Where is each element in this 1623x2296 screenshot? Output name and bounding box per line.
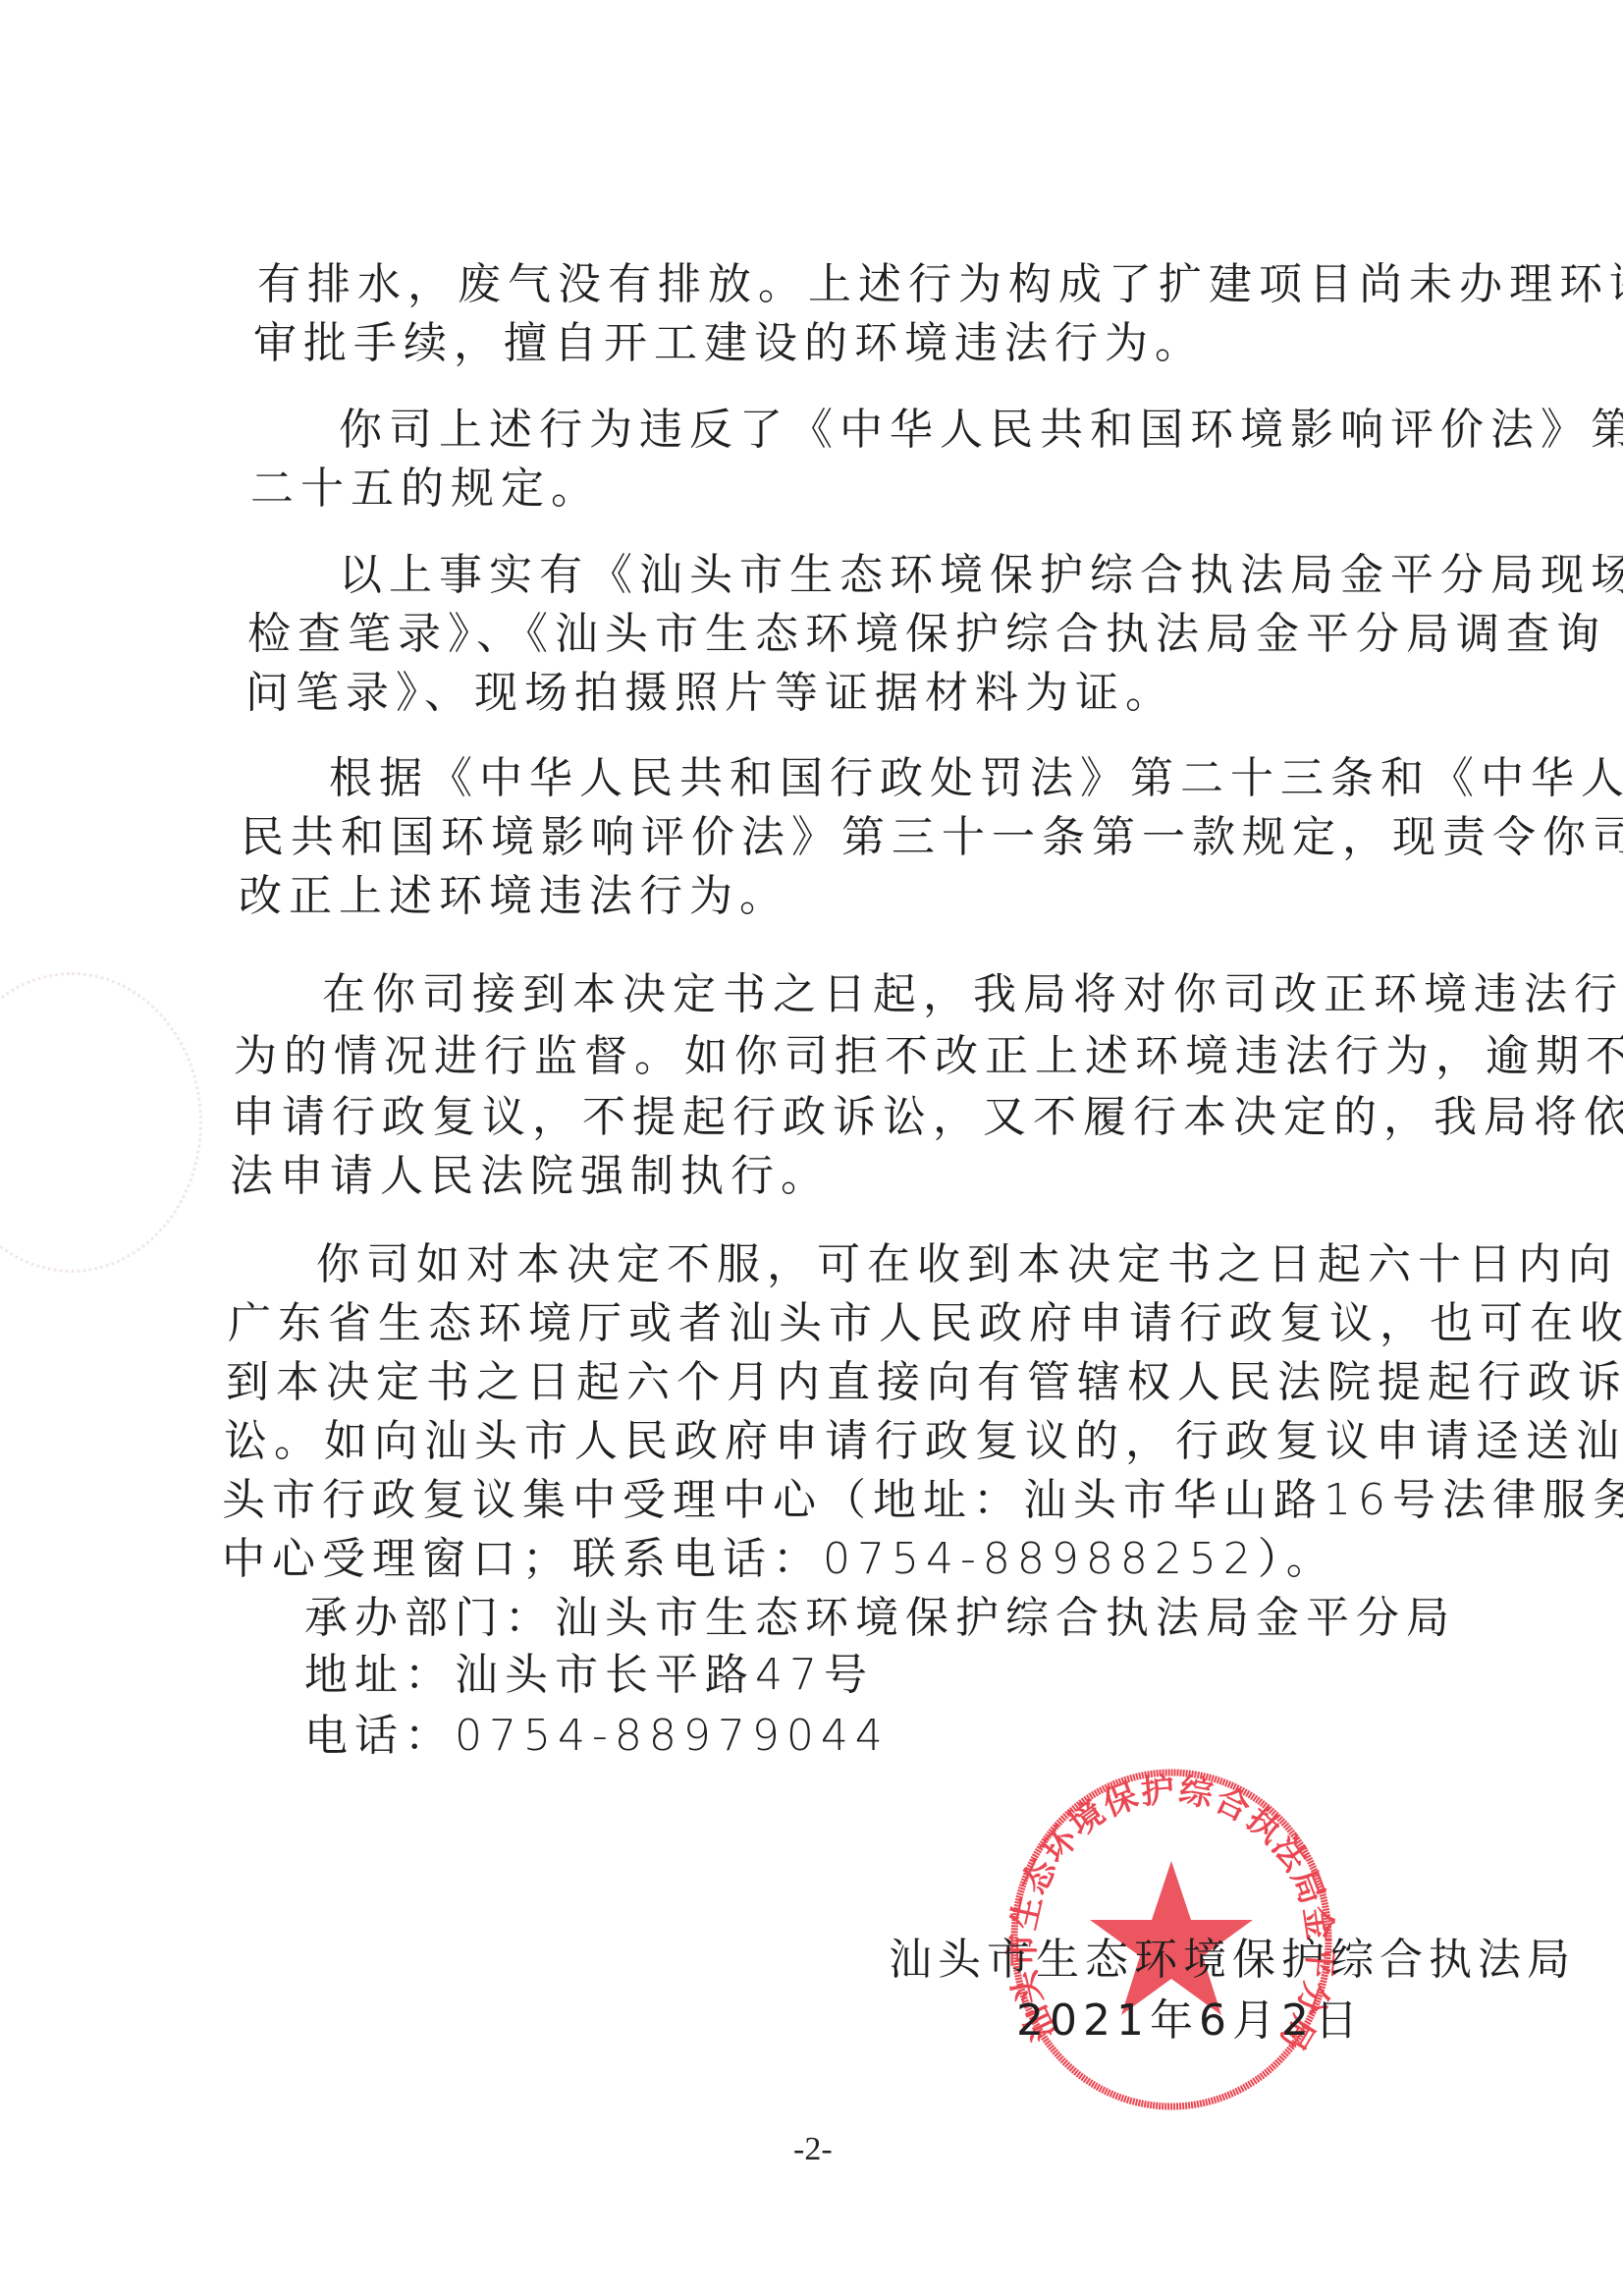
paragraph-1-line-1: 有排水，废气没有排放。上述行为构成了扩建项目尚未办理环评 <box>257 257 1623 312</box>
page-number: -2- <box>793 2131 833 2168</box>
paragraph-6-line-4: 讼。如向汕头市人民政府申请行政复议的，行政复议申请迳送汕 <box>224 1414 1623 1469</box>
paragraph-5-line-3: 申请行政复议，不提起行政诉讼，又不履行本决定的，我局将依 <box>232 1090 1623 1145</box>
paragraph-3-line-3: 问笔录》、现场拍摄照片等证据材料为证。 <box>245 666 1175 721</box>
paragraph-4-line-3: 改正上述环境违法行为。 <box>239 869 789 924</box>
paragraph-3-line-1: 以上事实有《汕头市生态环境保护综合执法局金平分局现场 <box>339 548 1623 603</box>
paragraph-1-line-2: 审批手续，擅自开工建设的环境违法行为。 <box>253 316 1205 371</box>
contact-phone: 电话：0754-88979044 <box>304 1709 890 1764</box>
contact-department: 承办部门：汕头市生态环境保护综合执法局金平分局 <box>304 1591 1456 1646</box>
paragraph-6-line-6: 中心受理窗口；联系电话：0754-88988252）。 <box>222 1532 1336 1587</box>
paragraph-5-line-1: 在你司接到本决定书之日起，我局将对你司改正环境违法行 <box>322 967 1623 1022</box>
contact-address: 地址：汕头市长平路47号 <box>304 1648 874 1703</box>
paragraph-6-line-5: 头市行政复议集中受理中心（地址：汕头市华山路16号法律服务 <box>222 1473 1623 1528</box>
paragraph-6-line-1: 你司如对本决定不服，可在收到本决定书之日起六十日内向 <box>316 1237 1618 1292</box>
paragraph-6-line-3: 到本决定书之日起六个月内直接向有管辖权人民法院提起行政诉 <box>226 1355 1623 1410</box>
issuer-signature: 汕头市生态环境保护综合执法局 <box>889 1933 1576 1988</box>
paragraph-4-line-1: 根据《中华人民共和国行政处罚法》第二十三条和《中华人 <box>329 751 1623 806</box>
document-page: 有排水，废气没有排放。上述行为构成了扩建项目尚未办理环评 审批手续，擅自开工建设… <box>0 0 1623 2296</box>
faint-stamp-bleed <box>0 972 202 1273</box>
paragraph-4-line-2: 民共和国环境影响评价法》第三十一条第一款规定，现责令你司 <box>241 810 1623 865</box>
paragraph-2-line-2: 二十五的规定。 <box>250 462 601 517</box>
paragraph-5-line-4: 法申请人民法院强制执行。 <box>230 1149 831 1204</box>
issue-date: 2021年6月2日 <box>1016 1994 1364 2049</box>
paragraph-2-line-1: 你司上述行为违反了《中华人民共和国环境影响评价法》第 <box>339 403 1623 458</box>
paragraph-5-line-2: 为的情况进行监督。如你司拒不改正上述环境违法行为，逾期不 <box>234 1029 1623 1084</box>
paragraph-3-line-2: 检查笔录》、《汕头市生态环境保护综合执法局金平分局调查询 <box>247 607 1606 662</box>
paragraph-6-line-2: 广东省生态环境厅或者汕头市人民政府申请行政复议，也可在收 <box>228 1296 1623 1351</box>
